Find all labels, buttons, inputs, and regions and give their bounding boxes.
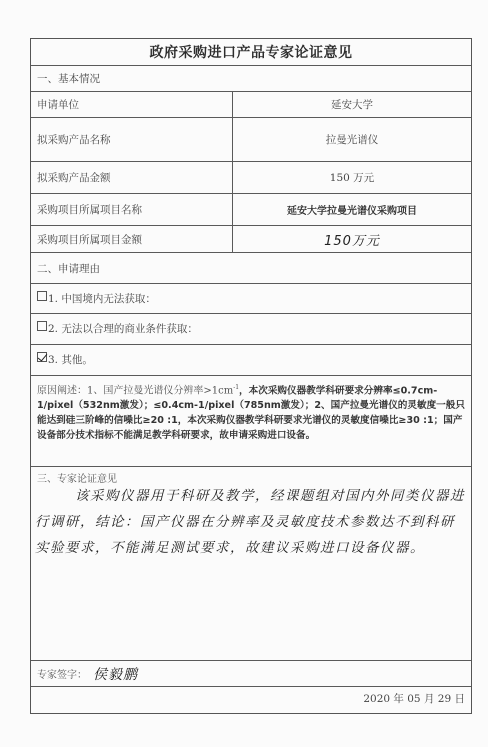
section2-heading-row: 二、申请理由 — [31, 253, 471, 284]
title-row: 政府采购进口产品专家论证意见 — [31, 39, 471, 66]
section3-row: 三、专家论证意见 该采购仪器用于科研及教学，经课题组对国内外同类仪器进行调研，结… — [31, 467, 471, 661]
table-row: 采购项目所属项目金额 150万元 — [31, 226, 471, 253]
document-title: 政府采购进口产品专家论证意见 — [31, 39, 471, 65]
reason-option-3-row: 3. 其他。 — [31, 345, 471, 376]
reason-option-2-row: 2. 无法以合理的商业条件获取： — [31, 314, 471, 345]
field-label-project-name: 采购项目所属项目名称 — [31, 194, 233, 225]
date-row: 2020 年 05 月 29 日 — [31, 687, 471, 713]
option-1-label: 1. 中国境内无法获取： — [48, 291, 156, 306]
option-2-label: 2. 无法以合理的商业条件获取： — [48, 321, 198, 336]
table-row: 采购项目所属项目名称 延安大学拉曼光谱仪采购项目 — [31, 194, 471, 226]
checkbox-option-2[interactable] — [37, 321, 47, 331]
reason-option-1-row: 1. 中国境内无法获取： — [31, 284, 471, 314]
field-label-product-amount: 拟采购产品金额 — [31, 162, 233, 193]
checkbox-option-1[interactable] — [37, 291, 47, 301]
field-value-project-amount-handwritten: 150万元 — [233, 226, 471, 252]
reason-option-2: 2. 无法以合理的商业条件获取： — [31, 314, 471, 344]
field-value-project-name: 延安大学拉曼光谱仪采购项目 — [233, 194, 471, 225]
expert-opinion-handwritten: 该采购仪器用于科研及教学，经课题组对国内外同类仪器进行调研，结论：国产仪器在分辨… — [35, 483, 465, 561]
reason-explanation: 原因阐述：1、国产拉曼光谱仪分辨率>1cm-1，本次采购仪器教学科研要求分辨率≤… — [37, 380, 465, 443]
option-3-label: 3. 其他。 — [48, 352, 93, 367]
checkbox-option-3-checked[interactable] — [37, 352, 47, 362]
signing-date: 2020 年 05 月 29 日 — [31, 687, 471, 713]
reason-lead: 原因阐述：1、国产拉曼光谱仪分辨率>1cm — [37, 385, 233, 396]
section1-heading: 一、基本情况 — [31, 66, 471, 91]
section2-heading: 二、申请理由 — [31, 253, 471, 283]
field-label-applicant: 申请单位 — [31, 92, 233, 117]
table-row: 申请单位 延安大学 — [31, 92, 471, 118]
table-row: 拟采购产品金额 150 万元 — [31, 162, 471, 194]
signature-label: 专家签字： — [37, 666, 87, 681]
expert-opinion-form: 政府采购进口产品专家论证意见 一、基本情况 申请单位 延安大学 拟采购产品名称 … — [30, 38, 472, 714]
section1-heading-row: 一、基本情况 — [31, 66, 471, 92]
signature-cell: 专家签字： 侯毅鹏 — [31, 661, 471, 686]
reason-explanation-row: 原因阐述：1、国产拉曼光谱仪分辨率>1cm-1，本次采购仪器教学科研要求分辨率≤… — [31, 376, 471, 467]
table-row: 拟采购产品名称 拉曼光谱仪 — [31, 118, 471, 162]
reason-option-3: 3. 其他。 — [31, 345, 471, 375]
field-value-product-amount: 150 万元 — [233, 162, 471, 193]
field-value-applicant: 延安大学 — [233, 92, 471, 117]
reason-option-1: 1. 中国境内无法获取： — [31, 284, 471, 313]
field-value-product-name: 拉曼光谱仪 — [233, 118, 471, 161]
field-label-project-amount: 采购项目所属项目金额 — [31, 226, 233, 252]
signature-handwritten: 侯毅鹏 — [93, 664, 138, 684]
field-label-product-name: 拟采购产品名称 — [31, 118, 233, 161]
signature-row: 专家签字： 侯毅鹏 — [31, 661, 471, 687]
